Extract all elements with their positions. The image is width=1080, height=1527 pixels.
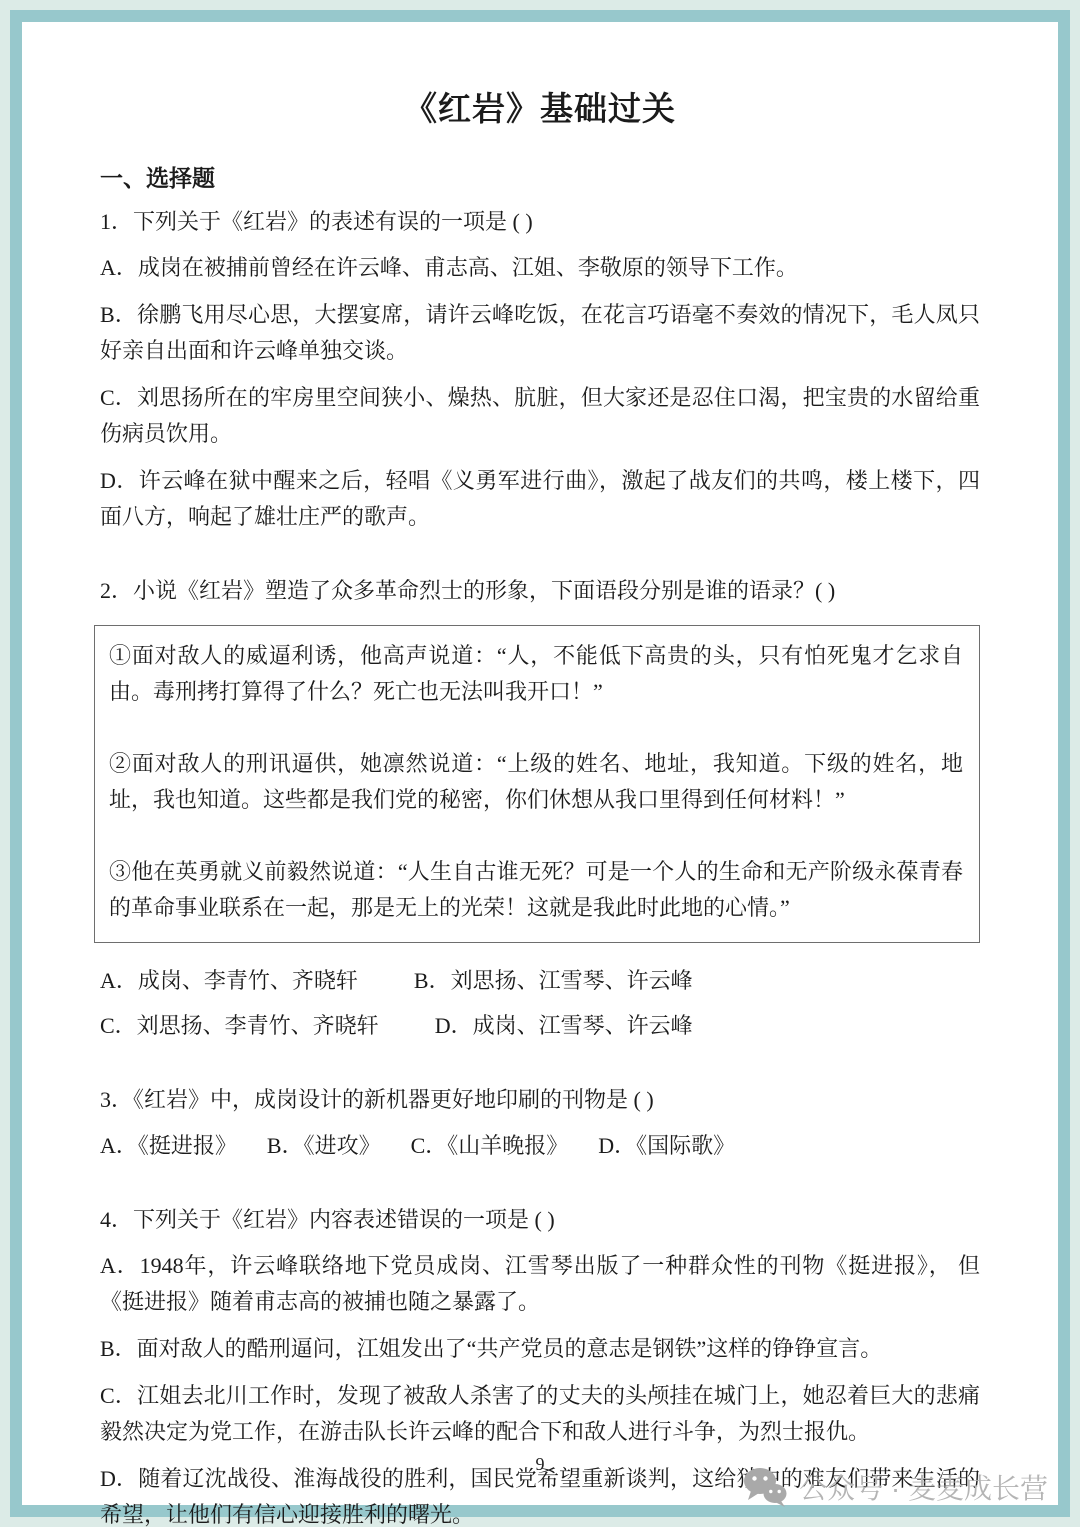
quote-paragraph-2: ②面对敌人的刑讯逼供，她凛然说道：“上级的姓名、地址，我知道。下级的姓名，地址，… <box>109 746 963 818</box>
page-title: 《红岩》基础过关 <box>100 86 980 132</box>
question-3-option-b: B．《进攻》 <box>267 1128 381 1164</box>
question-2-option-a: A．成岗、李青竹、齐晓轩 <box>100 963 358 999</box>
question-1-option-b: B．徐鹏飞用尽心思，大摆宴席，请许云峰吃饭，在花言巧语毫不奏效的情况下，毛人凤只… <box>100 297 980 369</box>
question-3: 3．《红岩》中，成岗设计的新机器更好地印刷的刊物是 ( ) A．《挺进报》 B．… <box>100 1082 980 1164</box>
question-3-option-c: C．《山羊晚报》 <box>411 1128 569 1164</box>
quote-paragraph-3: ③他在英勇就义前毅然说道：“人生自古谁无死？可是一个人的生命和无产阶级永葆青春的… <box>109 854 963 926</box>
question-4-option-b: B．面对敌人的酷刑逼问，江姐发出了“共产党员的意志是钢铁”这样的铮铮宣言。 <box>100 1331 980 1367</box>
question-2-option-b: B．刘思扬、江雪琴、许云峰 <box>414 963 693 999</box>
question-1-option-c: C．刘思扬所在的牢房里空间狭小、燥热、肮脏，但大家还是忍住口渴，把宝贵的水留给重… <box>100 380 980 452</box>
question-3-stem: 3．《红岩》中，成岗设计的新机器更好地印刷的刊物是 ( ) <box>100 1082 980 1118</box>
question-2-options-row-1: A．成岗、李青竹、齐晓轩 B．刘思扬、江雪琴、许云峰 <box>100 963 980 999</box>
watermark: 公众号 · 麦麦成长营 <box>743 1467 1048 1507</box>
question-1-option-d: D．许云峰在狱中醒来之后，轻唱《义勇军进行曲》，激起了战友们的共鸣，楼上楼下，四… <box>100 463 980 535</box>
question-1-stem: 1．下列关于《红岩》的表述有误的一项是 ( ) <box>100 204 980 240</box>
quote-paragraph-1: ①面对敌人的威逼利诱，他高声说道：“人，不能低下高贵的头，只有怕死鬼才乞求自由。… <box>109 638 963 710</box>
question-2-option-c: C．刘思扬、李青竹、齐晓轩 <box>100 1008 379 1044</box>
wechat-icon <box>743 1467 787 1507</box>
question-3-options-row: A．《挺进报》 B．《进攻》 C．《山羊晚报》 D．《国际歌》 <box>100 1128 980 1164</box>
question-2: 2．小说《红岩》塑造了众多革命烈士的形象，下面语段分别是谁的语录？( ) ①面对… <box>100 573 980 1044</box>
watermark-text: 公众号 · 麦麦成长营 <box>799 1467 1048 1507</box>
question-2-options-row-2: C．刘思扬、李青竹、齐晓轩 D．成岗、江雪琴、许云峰 <box>100 1008 980 1044</box>
question-3-option-d: D．《国际歌》 <box>598 1128 735 1164</box>
question-4-option-c: C．江姐去北川工作时，发现了被敌人杀害了的丈夫的头颅挂在城门上，她忍着巨大的悲痛… <box>100 1378 980 1450</box>
document-content: 《红岩》基础过关 一、选择题 1．下列关于《红岩》的表述有误的一项是 ( ) A… <box>22 22 1058 1527</box>
question-2-option-d: D．成岗、江雪琴、许云峰 <box>435 1008 693 1044</box>
question-3-option-a: A．《挺进报》 <box>100 1128 237 1164</box>
page-frame: 《红岩》基础过关 一、选择题 1．下列关于《红岩》的表述有误的一项是 ( ) A… <box>10 10 1070 1517</box>
question-1: 1．下列关于《红岩》的表述有误的一项是 ( ) A．成岗在被捕前曾经在许云峰、甫… <box>100 204 980 535</box>
question-4-stem: 4．下列关于《红岩》内容表述错误的一项是 ( ) <box>100 1202 980 1238</box>
question-4-option-a: A．1948年，许云峰联络地下党员成岗、江雪琴出版了一种群众性的刊物《挺进报》，… <box>100 1248 980 1320</box>
section-heading: 一、选择题 <box>100 162 980 194</box>
question-2-stem: 2．小说《红岩》塑造了众多革命烈士的形象，下面语段分别是谁的语录？( ) <box>100 573 980 609</box>
question-1-option-a: A．成岗在被捕前曾经在许云峰、甫志高、江姐、李敬原的领导下工作。 <box>100 250 980 286</box>
quote-box: ①面对敌人的威逼利诱，他高声说道：“人，不能低下高贵的头，只有怕死鬼才乞求自由。… <box>94 625 980 943</box>
